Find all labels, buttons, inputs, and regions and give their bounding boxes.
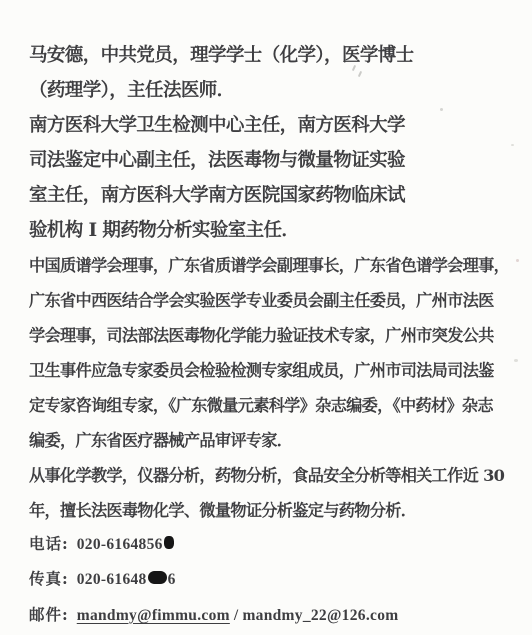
scan-noise-speck — [516, 259, 519, 262]
fax-number-suffix: 6 — [168, 571, 176, 588]
intro-line-1: 马安德，中共党员，理学学士（化学），医学博士 — [29, 41, 532, 76]
experience-line-1: 从事化学教学，仪器分析，药物分析，食品安全分析等相关工作近 30 — [29, 462, 532, 497]
memberships-line-6: 编委，广东省医疗器械产品审评专家． — [29, 427, 532, 462]
phone-redaction-box — [164, 536, 174, 549]
memberships-line-1: 中国质谱学会理事，广东省质谱学会副理事长，广东省色谱学会理事， — [29, 252, 532, 287]
email-separator: / — [234, 607, 239, 624]
experience-line-2: 年，擅长法医毒物化学、微量物证分析鉴定与药物分析． — [29, 497, 532, 532]
memberships-line-5: 定专家咨询组专家，《广东微量元素科学》杂志编委，《中药材》杂志 — [29, 392, 532, 427]
positions-line-3: 室主任，南方医科大学南方医院国家药物临床试 — [29, 181, 532, 216]
email-address-1: mandmy@fimmu.com — [77, 607, 230, 624]
scan-noise-speck — [440, 108, 443, 111]
email-label: 邮件: — [29, 605, 69, 624]
email-row: 邮件:mandmy@fimmu.com/mandmy_22@126.com — [29, 603, 532, 635]
fax-row: 传真:020-616486 — [29, 567, 532, 602]
fax-label: 传真: — [29, 569, 69, 588]
phone-row: 电话:020-6164856 — [29, 532, 532, 567]
scan-noise-speck — [367, 47, 370, 50]
scanned-document-page: 马安德，中共党员，理学学士（化学），医学博士 （药理学），主任法医师． 南方医科… — [0, 0, 532, 635]
memberships-line-4: 卫生事件应急专家委员会检验检测专家组成员，广州市司法局司法鉴 — [29, 357, 532, 392]
fax-number-prefix: 020-61648 — [77, 571, 147, 588]
phone-label: 电话: — [29, 534, 69, 553]
email-address-2: mandmy_22@126.com — [242, 607, 398, 624]
scan-noise-speck — [511, 144, 514, 146]
positions-line-4: 验机构 Ⅰ 期药物分析实验室主任． — [29, 216, 532, 251]
positions-line-2: 司法鉴定中心副主任，法医毒物与微量物证实验 — [29, 146, 532, 181]
positions-line-1: 南方医科大学卫生检测中心主任，南方医科大学 — [29, 111, 532, 146]
intro-line-2: （药理学），主任法医师． — [29, 76, 532, 111]
fax-redaction-box — [148, 571, 167, 584]
memberships-line-2: 广东省中西医结合学会实验医学专业委员会副主任委员，广州市法医 — [29, 287, 532, 322]
scan-noise-speck — [514, 359, 518, 362]
phone-number: 020-6164856 — [77, 536, 163, 553]
memberships-line-3: 学会理事，司法部法医毒物化学能力验证技术专家，广州市突发公共 — [29, 322, 532, 357]
